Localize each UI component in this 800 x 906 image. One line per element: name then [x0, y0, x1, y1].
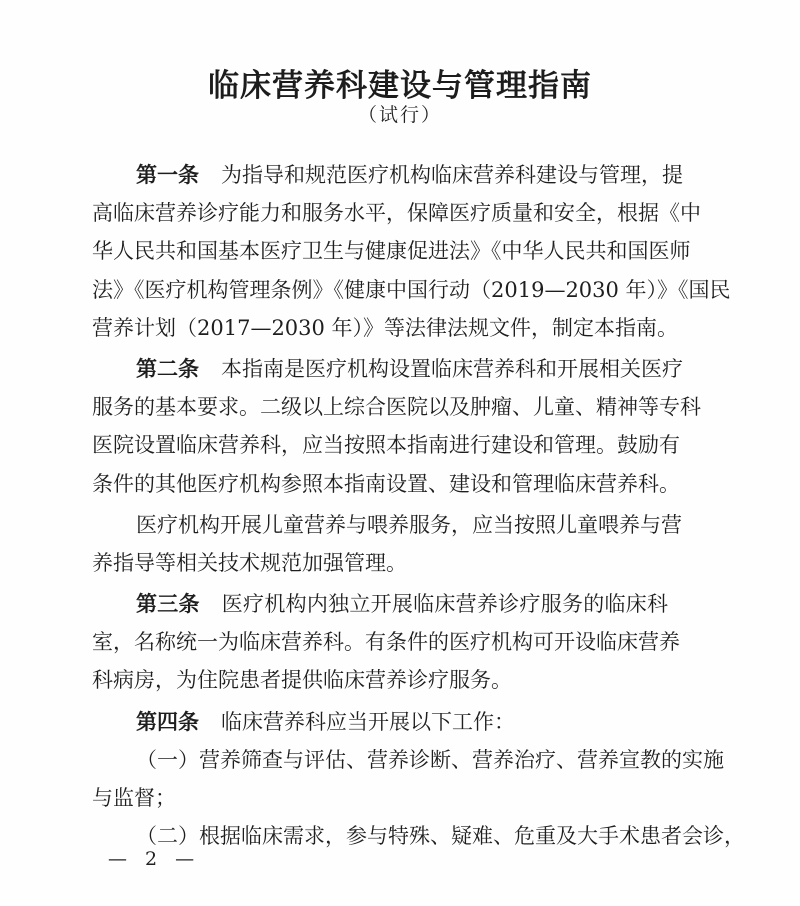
- text-line: 华人民共和国基本医疗卫生与健康促进法》《中华人民共和国医师: [92, 232, 668, 270]
- text-line: 与监督；: [92, 779, 668, 817]
- text-line: 法》《医疗机构管理条例》《健康中国行动（2019—2030 年）》《国民: [92, 271, 668, 309]
- document-page: 临床营养科建设与管理指南 （试行） 第一条为指导和规范医疗机构临床营养科建设与管…: [0, 0, 800, 906]
- text-line: 第二条本指南是医疗机构设置临床营养科和开展相关医疗: [92, 350, 668, 388]
- paragraph-article-1: 第一条为指导和规范医疗机构临床营养科建设与管理，提 高临床营养诊疗能力和服务水平…: [92, 156, 668, 347]
- text-span: 为指导和规范医疗机构临床营养科建设与管理，提: [221, 163, 683, 187]
- article-heading: 第二条: [136, 357, 199, 381]
- page-number: — 2 —: [108, 848, 200, 870]
- text-line: 养指导等相关技术规范加强管理。: [92, 544, 668, 582]
- text-line: 高临床营养诊疗能力和服务水平，保障医疗质量和安全，根据《中: [92, 194, 668, 232]
- text-line: 第一条为指导和规范医疗机构临床营养科建设与管理，提: [92, 156, 668, 194]
- document-body: 第一条为指导和规范医疗机构临床营养科建设与管理，提 高临床营养诊疗能力和服务水平…: [92, 156, 668, 855]
- text-line: 科病房，为住院患者提供临床营养诊疗服务。: [92, 661, 668, 699]
- paragraph-article-2-cont: 医疗机构开展儿童营养与喂养服务，应当按照儿童喂养与营 养指导等相关技术规范加强管…: [92, 506, 668, 582]
- text-line: 第三条医疗机构内独立开展临床营养诊疗服务的临床科: [92, 585, 668, 623]
- text-line: 服务的基本要求。二级以上综合医院以及肿瘤、儿童、精神等专科: [92, 388, 668, 426]
- text-line: 营养计划（2017—2030 年）》等法律法规文件，制定本指南。: [92, 309, 668, 347]
- text-line: 第四条临床营养科应当开展以下工作：: [92, 703, 668, 741]
- text-line: （一）营养筛查与评估、营养诊断、营养治疗、营养宣教的实施: [92, 741, 668, 779]
- text-line: 条件的其他医疗机构参照本指南设置、建设和管理临床营养科。: [92, 465, 668, 503]
- article-heading: 第三条: [136, 592, 200, 616]
- document-subtitle: （试行）: [0, 100, 800, 127]
- text-span: 临床营养科应当开展以下工作：: [221, 710, 515, 734]
- document-title: 临床营养科建设与管理指南: [0, 60, 800, 105]
- text-span: 本指南是医疗机构设置临床营养科和开展相关医疗: [221, 357, 683, 381]
- list-item-1: （一）营养筛查与评估、营养诊断、营养治疗、营养宣教的实施 与监督；: [92, 741, 668, 817]
- article-heading: 第四条: [136, 710, 199, 734]
- text-line: 室，名称统一为临床营养科。有条件的医疗机构可开设临床营养: [92, 623, 668, 661]
- paragraph-article-3: 第三条医疗机构内独立开展临床营养诊疗服务的临床科 室，名称统一为临床营养科。有条…: [92, 585, 668, 700]
- paragraph-article-4: 第四条临床营养科应当开展以下工作：: [92, 703, 668, 741]
- text-line: 医院设置临床营养科，应当按照本指南进行建设和管理。鼓励有: [92, 426, 668, 464]
- text-line: 医疗机构开展儿童营养与喂养服务，应当按照儿童喂养与营: [92, 506, 668, 544]
- paragraph-article-2: 第二条本指南是医疗机构设置临床营养科和开展相关医疗 服务的基本要求。二级以上综合…: [92, 350, 668, 503]
- text-span: 医疗机构内独立开展临床营养诊疗服务的临床科: [222, 592, 668, 616]
- article-heading: 第一条: [136, 163, 199, 187]
